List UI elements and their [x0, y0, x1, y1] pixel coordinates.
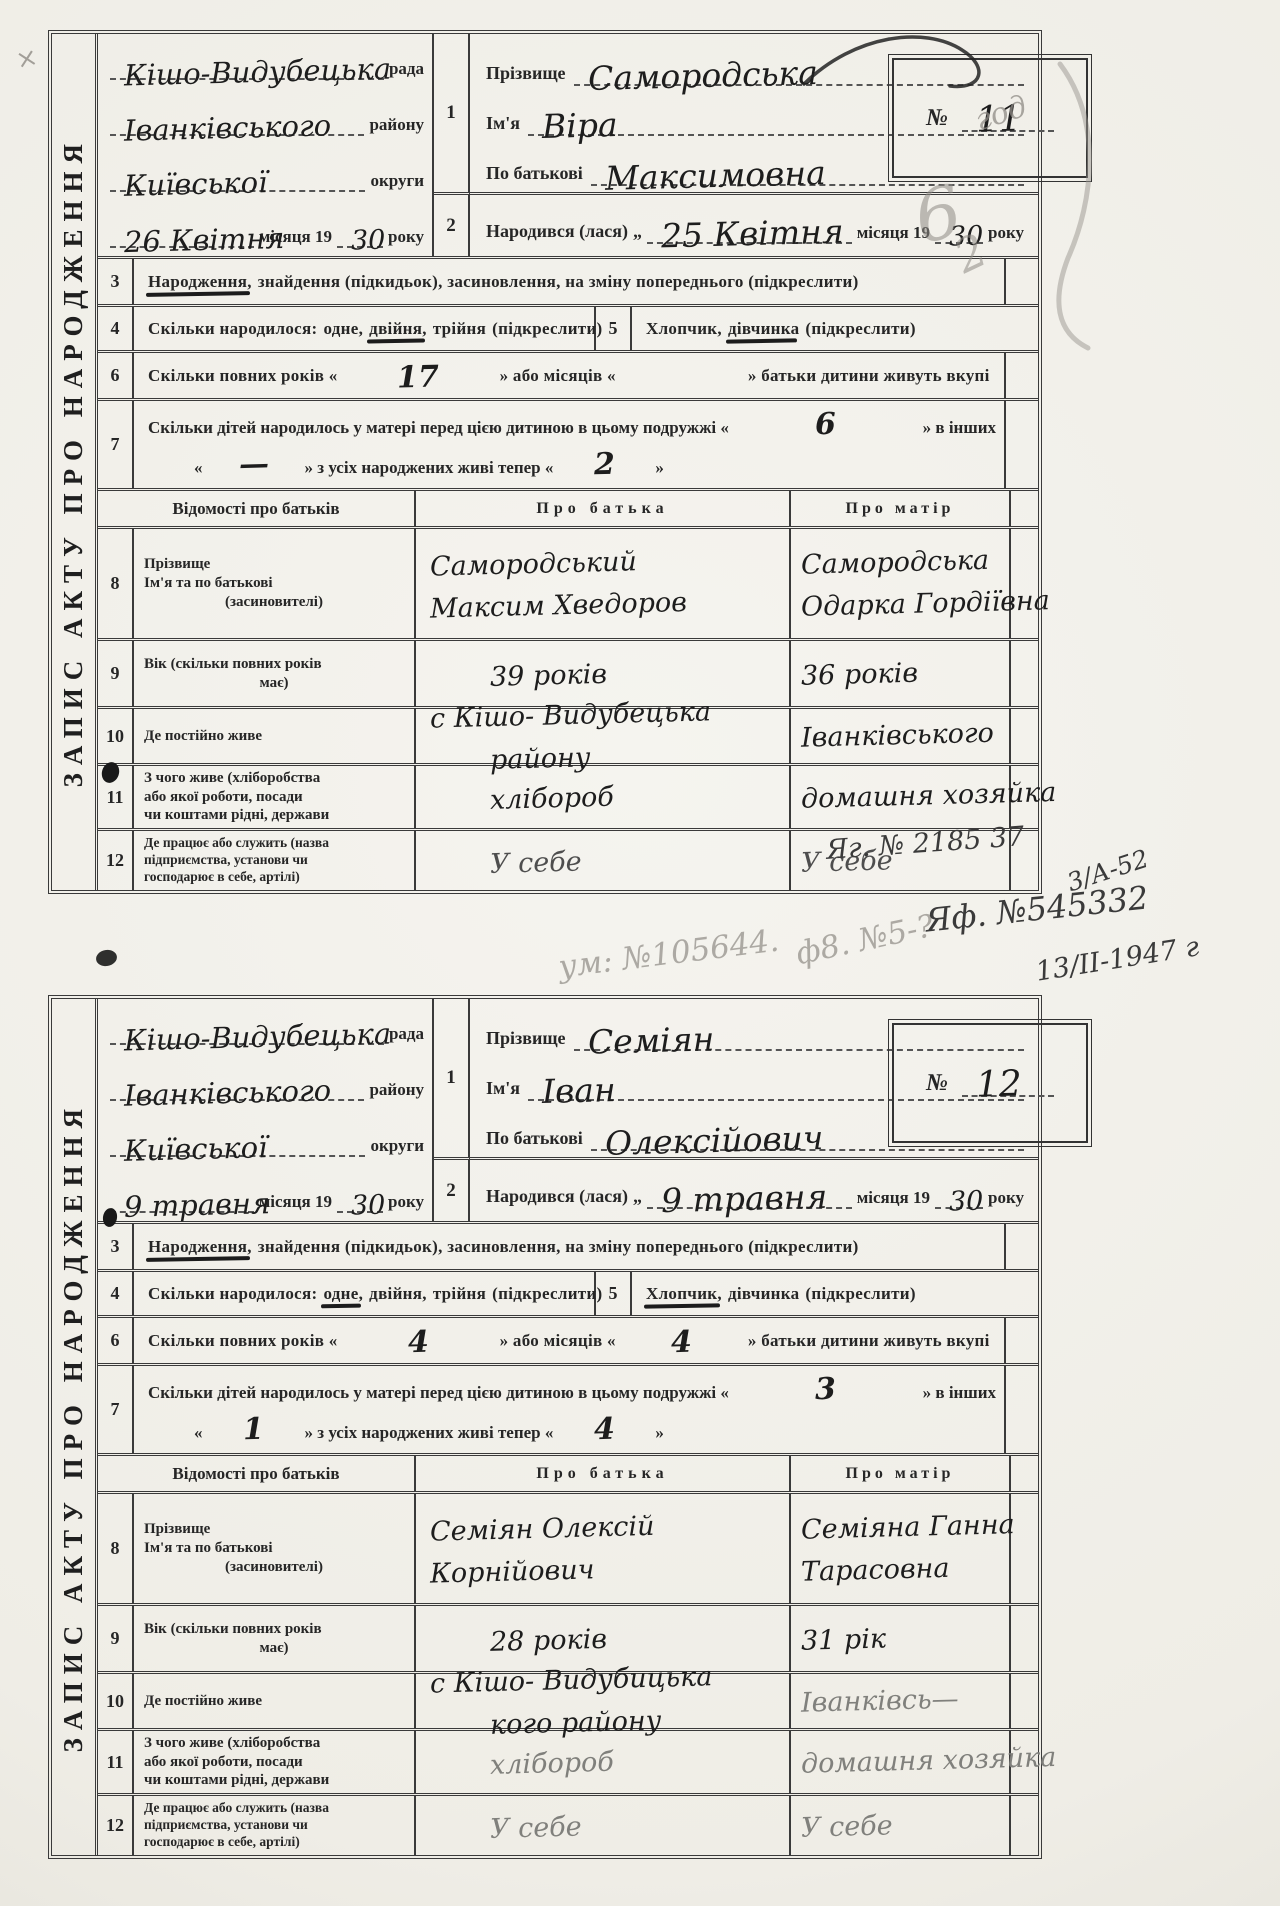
parents-info-header-2: Відомості про батьків — [98, 1456, 416, 1491]
no-sign: № — [926, 105, 948, 132]
birth-roku-label-2: року — [988, 1188, 1024, 1209]
row-7-line1-tail: » в інших — [923, 418, 996, 438]
row-4-5: 4 Скільки народилося: одне, двійня, трій… — [98, 304, 1038, 350]
row-9-number-2: 9 — [98, 1606, 134, 1671]
underline-hint-4: (підкреслити) — [805, 1284, 915, 1304]
row-8-number: 8 — [98, 529, 134, 638]
record-no-value-2: 12 — [976, 1069, 1023, 1103]
row-4-5-2: 4 Скільки народилося: одне, двійня, трій… — [98, 1269, 1038, 1315]
row-9-label-2: має) — [144, 674, 404, 693]
row-7-number: 7 — [98, 401, 134, 488]
row-12-label-2-2: підприємства, установи чи — [144, 1817, 404, 1834]
reg-year-value: 30 — [351, 228, 386, 253]
father-workplace: У себе — [490, 836, 786, 886]
row-2-number: 2 — [434, 192, 470, 256]
row-3-text-2: знайдення (підкидьок), засиновлення, на … — [258, 1237, 859, 1257]
row-12-label-3-2: господарює в себе, артілі) — [144, 1834, 404, 1851]
row-4-lead-2: Скільки народилося: — [148, 1284, 317, 1304]
row-6: 6 Скільки повних років « 17 » або місяці… — [98, 350, 1038, 398]
reg-date-line: 26 Квітня — [110, 227, 254, 248]
row-3-end-cell-2 — [1004, 1224, 1038, 1269]
rada-label: рада — [389, 59, 424, 80]
years-together-value: 17 — [397, 363, 440, 391]
row-8-label-3-2: (засиновителі) — [144, 1558, 404, 1577]
row-7-number-2: 7 — [98, 1366, 134, 1453]
row-3-word-birth: Народження, — [148, 272, 252, 292]
children-other-value-2: 1 — [243, 1415, 265, 1443]
reg-year-line-2: 30 — [337, 1194, 383, 1213]
row-11-number-2: 11 — [98, 1731, 134, 1793]
ink-blot — [95, 948, 118, 967]
years-slot: 17 — [344, 364, 494, 387]
name-label: Ім'я — [486, 113, 520, 136]
mother-residence: Іванківського — [800, 712, 1007, 759]
father-name-2: Корнійович — [430, 1544, 786, 1595]
birth-date-value: 25 Квітня — [661, 217, 844, 251]
row-1-number-2: 1 — [434, 999, 470, 1157]
option-boy-2: Хлопчик, — [646, 1284, 722, 1304]
register-title-vertical: ЗАПИС АКТУ ПРО НАРОДЖЕННЯ — [58, 136, 89, 787]
reg-year-value-2: 30 — [351, 1193, 386, 1218]
option-twins-2: двійня, — [369, 1284, 427, 1304]
alive-slot: 2 — [559, 451, 649, 478]
mother-column-header: Про матір — [791, 491, 1011, 526]
this-marriage-slot-2: 3 — [735, 1376, 917, 1403]
birth-misiatsia-label-2: місяця 19 — [857, 1188, 930, 1209]
mother-workplace-2: У себе — [800, 1802, 1007, 1849]
archive-date-note: 13/ІІ-1947 г — [1034, 931, 1202, 987]
no-sign-2: № — [926, 1070, 948, 1097]
reg-date-value-2: 9 травня — [124, 1190, 271, 1220]
row-8-label-2: Ім'я та по батькові — [144, 574, 404, 593]
close-quote: » — [655, 458, 664, 478]
birth-record-2: ЗАПИС АКТУ ПРО НАРОДЖЕННЯ Кішо-Видубецьк… — [48, 995, 1042, 1859]
row-7-line1-label-2: Скільки дітей народилось у матері перед … — [148, 1383, 729, 1403]
row-4-number: 4 — [98, 307, 134, 350]
row-11-label-1: З чого живе (хліборобства — [144, 769, 404, 788]
row-5-number-2: 5 — [596, 1272, 632, 1315]
father-column-header-2: Про батька — [416, 1456, 791, 1491]
row-9-label-1-2: Вік (скільки повних років — [144, 1620, 404, 1639]
row-7-line2-label-2: » з усіх народжених живі тепер « — [305, 1423, 554, 1443]
birth-year-value-2: 30 — [949, 1189, 984, 1214]
row-7-end-cell-2 — [1004, 1366, 1038, 1453]
pencil-x-mark: × — [13, 42, 41, 76]
row-6-number-2: 6 — [98, 1318, 134, 1363]
reg-year-line: 30 — [337, 229, 383, 248]
row-10-number: 10 — [98, 709, 134, 763]
row-8-names: 8 ПрізвищеІм'я та по батькові(засиновите… — [98, 526, 1038, 638]
row-9-label-1: Вік (скільки повних років — [144, 655, 404, 674]
pencil-swash — [1032, 58, 1122, 358]
parents-table-header-2: Відомості про батьків Про батька Про мат… — [98, 1453, 1038, 1491]
row-8-label-1-2: Прізвище — [144, 1520, 404, 1539]
row-10-label: Де постійно живе — [144, 727, 404, 746]
birth-date-line: 25 Квітня — [647, 219, 852, 244]
row-8-names-2: 8 ПрізвищеІм'я та по батькові(засиновите… — [98, 1491, 1038, 1603]
months-together-value-2: 4 — [671, 1329, 693, 1357]
option-one-2: одне, — [323, 1284, 363, 1304]
option-girl: дівчинка — [728, 319, 799, 339]
father-column-header: Про батька — [416, 491, 791, 526]
row-12-workplace-2: 12 Де працює або служить (назвапідприємс… — [98, 1793, 1038, 1855]
parents-table-header: Відомості про батьків Про батька Про мат… — [98, 488, 1038, 526]
okruha-line: Київської — [110, 171, 365, 192]
row-4-number-2: 4 — [98, 1272, 134, 1315]
mother-name: Одарка Гордіївна — [800, 581, 1007, 628]
patronymic-value: Максимовна — [604, 158, 825, 193]
mid-pencil-note-2: ф8. №5-? — [793, 908, 937, 972]
row-9-label-2-2: має) — [144, 1639, 404, 1658]
birth-date-line-2: 9 травня — [647, 1184, 852, 1209]
this-marriage-slot: 6 — [735, 411, 917, 438]
mother-occupation: домашня хозяйка — [800, 773, 1007, 820]
mother-age: 36 років — [800, 650, 1007, 697]
underline-hint-3: (підкреслити) — [492, 1284, 602, 1304]
side-title-column-2: ЗАПИС АКТУ ПРО НАРОДЖЕННЯ — [52, 999, 98, 1855]
row-6-months-label-2: » або місяців « — [500, 1331, 616, 1351]
row-6-end-cell-2 — [1004, 1318, 1038, 1363]
birth-date-row-2: Народився (лася) „ 9 травня місяця 19 30… — [470, 1157, 1038, 1221]
row-9-number: 9 — [98, 641, 134, 706]
okruha-label: округи — [370, 171, 424, 192]
row-12-number: 12 — [98, 831, 134, 890]
raion-value-2: Іванківського — [124, 1077, 332, 1109]
underline-hint: (підкреслити) — [492, 319, 602, 339]
option-one: одне, — [323, 319, 363, 339]
birth-date-value-2: 9 травня — [661, 1182, 828, 1216]
mother-residence-2: Іванківсь— — [800, 1677, 1007, 1724]
row-8-number-2: 8 — [98, 1494, 134, 1603]
place-block-2: Кішо-Видубецькарада Іванківськогорайону … — [98, 999, 434, 1221]
row-7-line1-tail-2: » в інших — [923, 1383, 996, 1403]
side-title-column: ЗАПИС АКТУ ПРО НАРОДЖЕННЯ — [52, 34, 98, 890]
row-11-label-2: або якої роботи, посади — [144, 788, 404, 807]
reg-date-value: 26 Квітня — [124, 225, 285, 255]
raion-value: Іванківського — [124, 112, 332, 144]
row-3-word-birth-2: Народження, — [148, 1237, 252, 1257]
reg-date-line-2: 9 травня — [110, 1192, 254, 1213]
row-6-2: 6 Скільки повних років « 4 » або місяців… — [98, 1315, 1038, 1363]
father-occupation-2: хлібороб — [490, 1737, 786, 1787]
quote-mark: „ — [633, 221, 642, 244]
surname-value-2: Семіян — [587, 1025, 714, 1058]
children-alive-value-2: 4 — [594, 1415, 616, 1443]
mother-age-2: 31 рік — [800, 1615, 1007, 1662]
surname-label-2: Прізвище — [486, 1028, 566, 1051]
raion-line-2: Іванківського — [110, 1080, 364, 1101]
row-3-number: 3 — [98, 259, 134, 304]
quote-mark-2: „ — [633, 1186, 642, 1209]
row-6-years-label-2: Скільки повних років « — [148, 1331, 338, 1351]
row-6-months-label: » або місяців « — [500, 366, 616, 386]
mother-column-header-2: Про матір — [791, 1456, 1011, 1491]
row-5-number: 5 — [596, 307, 632, 350]
option-twins: двійня, — [369, 319, 427, 339]
option-girl-2: дівчинка — [728, 1284, 799, 1304]
record-no-line-2: 12 — [962, 1069, 1054, 1096]
row-1-number: 1 — [434, 34, 470, 192]
open-quote: « — [194, 458, 203, 478]
name-label-2: Ім'я — [486, 1078, 520, 1101]
row-10-number-2: 10 — [98, 1674, 134, 1728]
rada-value-2: Кішо-Видубецька — [124, 1020, 392, 1053]
register-title-vertical-2: ЗАПИС АКТУ ПРО НАРОДЖЕННЯ — [58, 1101, 89, 1752]
other-marriage-slot: — — [209, 451, 299, 478]
mid-pencil-note-1: ум: №105644. — [557, 923, 781, 986]
birth-record-1: ЗАПИС АКТУ ПРО НАРОДЖЕННЯ Кішо-Видубецьк… — [48, 30, 1042, 894]
option-triplets-2: трійня — [433, 1284, 486, 1304]
children-alive-value: 2 — [594, 450, 616, 478]
row-11-label-2-2: або якої роботи, посади — [144, 1753, 404, 1772]
row-3-text: знайдення (підкидьок), засиновлення, на … — [258, 272, 859, 292]
row-12-label-1-2: Де працює або служить (назва — [144, 1800, 404, 1817]
roku-label-2: року — [388, 1192, 424, 1213]
scanned-birth-register-page: { "labels": { "side": "ЗАПИС АКТУ ПРО НА… — [0, 0, 1280, 1906]
other-marriage-slot-2: 1 — [209, 1416, 299, 1443]
row-6-end-cell — [1004, 353, 1038, 398]
row-6-years-label: Скільки повних років « — [148, 366, 338, 386]
row-4-lead: Скільки народилося: — [148, 319, 317, 339]
father-name: Максим Хведоров — [430, 579, 786, 630]
row-11-label-1-2: З чого живе (хліборобства — [144, 1734, 404, 1753]
raion-label-2: району — [369, 1080, 424, 1101]
mother-surname-2: Семіяна Ганна — [800, 1504, 1007, 1551]
rada-label-2: рада — [389, 1024, 424, 1045]
row-8-label-1: Прізвище — [144, 555, 404, 574]
years-slot-2: 4 — [344, 1329, 494, 1352]
row-7-2: 7 Скільки дітей народилось у матері пере… — [98, 1363, 1038, 1453]
record-2-header: Кішо-Видубецькарада Іванківськогорайону … — [98, 999, 1038, 1221]
row-8-label-2-2: Ім'я та по батькові — [144, 1539, 404, 1558]
row-8-label-3: (засиновителі) — [144, 593, 404, 612]
alive-slot-2: 4 — [559, 1416, 649, 1443]
born-label: Народився (лася) — [486, 221, 628, 244]
birth-year-line-2: 30 — [935, 1190, 983, 1209]
row-12-label-2: підприємства, установи чи — [144, 852, 404, 869]
rada-line: Кішо-Видубецька — [110, 59, 384, 80]
row-10-label-2: Де постійно живе — [144, 1692, 404, 1711]
parents-info-header: Відомості про батьків — [98, 491, 416, 526]
children-this-marriage-value-2: 3 — [815, 1376, 837, 1404]
mother-name-2: Тарасовна — [800, 1546, 1007, 1593]
pen-flourish — [800, 26, 1000, 100]
children-this-marriage-value: 6 — [815, 411, 837, 439]
okruha-line-2: Київської — [110, 1136, 365, 1157]
underline-hint-2: (підкреслити) — [805, 319, 915, 339]
raion-label: району — [369, 115, 424, 136]
record-number-box-2: № 12 — [892, 1023, 1088, 1143]
okruha-value-2: Київської — [124, 1134, 268, 1164]
row-6-tail-2: » батьки дитини живуть вкупі — [748, 1331, 990, 1351]
row-12-label-3: господарює в себе, артілі) — [144, 869, 404, 886]
rada-line-2: Кішо-Видубецька — [110, 1024, 384, 1045]
row-2-number-2: 2 — [434, 1157, 470, 1221]
row-3: 3 Народження,знайдення (підкидьок), заси… — [98, 256, 1038, 304]
mother-occupation-2: домашня хозяйка — [800, 1738, 1007, 1785]
row-7-end-cell — [1004, 401, 1038, 488]
surname-label: Прізвище — [486, 63, 566, 86]
row-10-residence: 10 Де постійно живе с Кішо- Видубецькара… — [98, 706, 1038, 763]
option-boy: Хлопчик, — [646, 319, 722, 339]
father-occupation: хлібороб — [490, 772, 786, 822]
row-6-number: 6 — [98, 353, 134, 398]
name-value-2: Іван — [542, 1075, 616, 1107]
name-value: Віра — [542, 110, 618, 142]
okruha-label-2: округи — [370, 1136, 424, 1157]
row-6-tail: » батьки дитини живуть вкупі — [748, 366, 990, 386]
patronymic-label-2: По батькові — [486, 1128, 583, 1151]
mother-surname: Самородська — [800, 539, 1007, 586]
row-11-label-3-2: чи коштами рідні, держави — [144, 1771, 404, 1790]
row-3-number-2: 3 — [98, 1224, 134, 1269]
surname-value: Самородська — [587, 58, 818, 94]
close-quote-2: » — [655, 1423, 664, 1443]
patronymic-label: По батькові — [486, 163, 583, 186]
row-12-number-2: 12 — [98, 1796, 134, 1855]
row-10-residence-2: 10 Де постійно живе с Кішо- Видубицькако… — [98, 1671, 1038, 1728]
row-7: 7 Скільки дітей народилось у матері пере… — [98, 398, 1038, 488]
row-7-line1-label: Скільки дітей народилось у матері перед … — [148, 418, 729, 438]
row-11-label-3: чи коштами рідні, держави — [144, 806, 404, 825]
row-7-line2-label: » з усіх народжених живі тепер « — [305, 458, 554, 478]
rada-value: Кішо-Видубецька — [124, 55, 392, 88]
patronymic-value-2: Олексійович — [604, 1123, 823, 1158]
row-12-label-1: Де працює або служить (назва — [144, 835, 404, 852]
open-quote-2: « — [194, 1423, 203, 1443]
okruha-value: Київської — [124, 169, 268, 199]
option-triplets: трійня — [433, 319, 486, 339]
row-3-2: 3 Народження,знайдення (підкидьок), заси… — [98, 1221, 1038, 1269]
father-workplace-2: У себе — [490, 1801, 786, 1851]
born-label-2: Народився (лася) — [486, 1186, 628, 1209]
years-together-value-2: 4 — [408, 1329, 430, 1357]
children-other-value: — — [238, 450, 269, 478]
raion-line: Іванківського — [110, 115, 364, 136]
place-block: Кішо-Видубецькарада Іванківськогорайону … — [98, 34, 434, 256]
months-slot-2: 4 — [622, 1329, 742, 1352]
roku-label: року — [388, 227, 424, 248]
birth-roku-label: року — [988, 223, 1024, 244]
